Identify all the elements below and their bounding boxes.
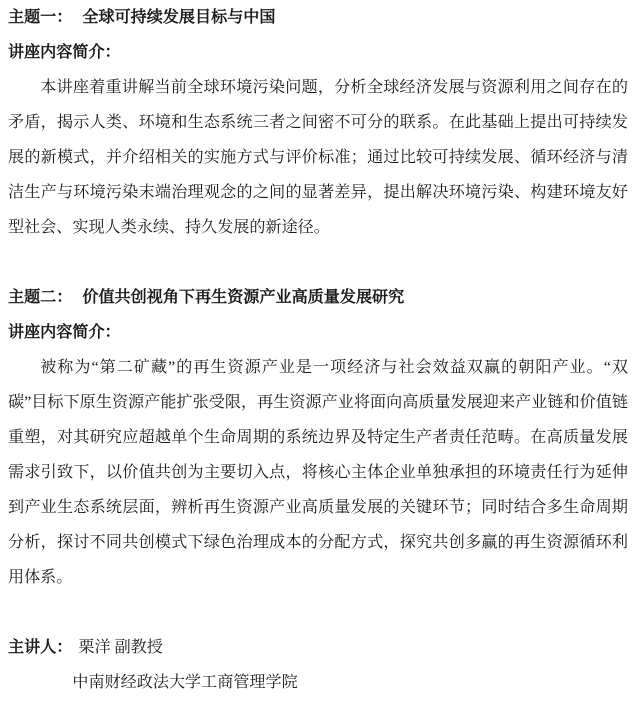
section-1-heading-label: 主题一： — [8, 8, 72, 26]
section-1-body-paragraph: 本讲座着重讲解当前全球环境污染问题，分析全球经济发展与资源利用之间存在的矛盾，揭… — [8, 70, 628, 245]
speaker-block: 主讲人：栗洋 副教授 中南财经政法大学工商管理学院 — [8, 630, 628, 700]
section-2-heading-label: 主题二： — [8, 288, 72, 306]
section-2-intro-label: 讲座内容简介： — [8, 315, 628, 350]
section-2-heading: 主题二：价值共创视角下再生资源产业高质量发展研究 — [8, 280, 628, 315]
section-2-body-paragraph: 被称为“第二矿藏”的再生资源产业是一项经济与社会效益双赢的朝阳产业。“双碳”目标… — [8, 350, 628, 595]
section-1-heading: 主题一：全球可持续发展目标与中国 — [8, 0, 628, 35]
speaker-name: 栗洋 副教授 — [78, 639, 163, 656]
section-2-heading-title: 价值共创视角下再生资源产业高质量发展研究 — [82, 288, 404, 306]
lecture-document: 主题一：全球可持续发展目标与中国 讲座内容简介： 本讲座着重讲解当前全球环境污染… — [0, 0, 635, 704]
speaker-line: 主讲人：栗洋 副教授 — [8, 630, 628, 665]
speaker-label: 主讲人： — [8, 638, 72, 656]
section-1-heading-title: 全球可持续发展目标与中国 — [82, 8, 275, 26]
speaker-affiliation: 中南财经政法大学工商管理学院 — [8, 665, 628, 700]
section-1-intro-label: 讲座内容简介： — [8, 35, 628, 70]
section-topic-1: 主题一：全球可持续发展目标与中国 讲座内容简介： 本讲座着重讲解当前全球环境污染… — [8, 0, 628, 245]
section-topic-2: 主题二：价值共创视角下再生资源产业高质量发展研究 讲座内容简介： 被称为“第二矿… — [8, 280, 628, 595]
